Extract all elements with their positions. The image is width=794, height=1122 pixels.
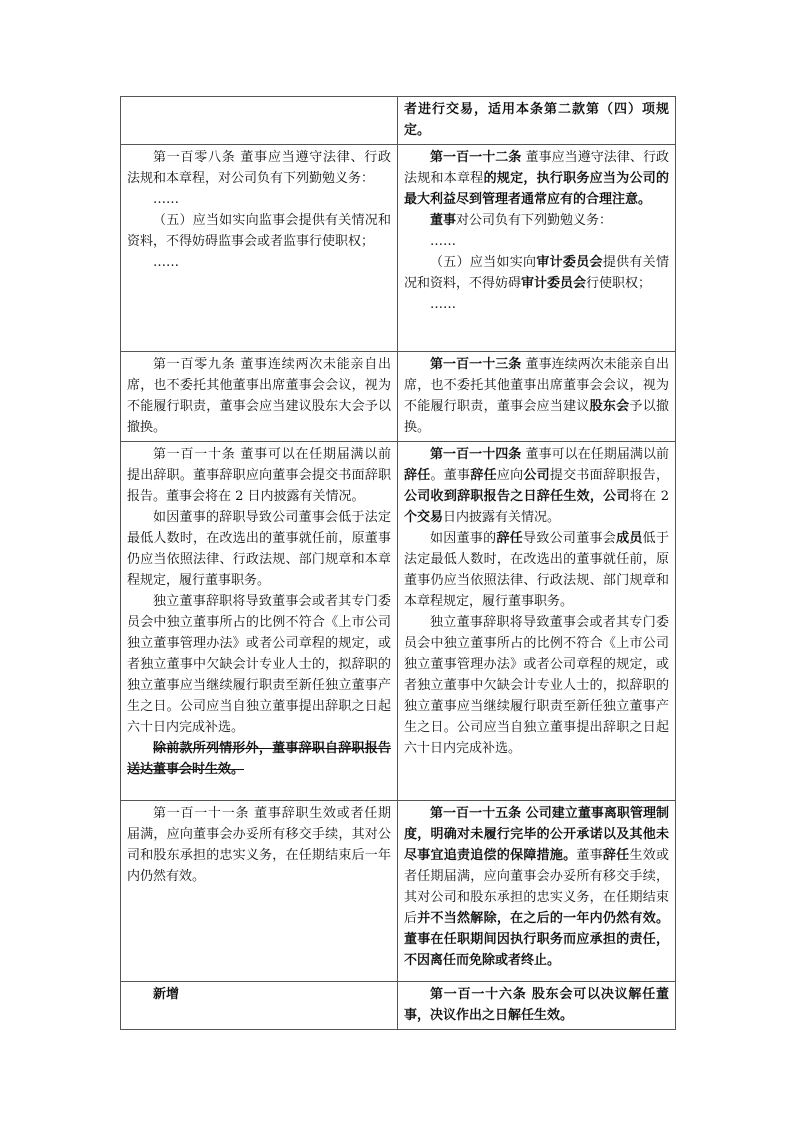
clause-paragraph: 独立董事辞职将导致董事会或者其专门委员会中独立董事所占的比例不符合《上市公司独立… [127, 591, 391, 738]
clause-text: …… [430, 297, 456, 312]
clause-text: 日内披露有关情况。 [443, 510, 560, 525]
clause-paragraph: 者进行交易，适用本条第二款第（四）项规定。 [404, 99, 669, 141]
amended-clause-cell: 第一百一十六条 股东会可以决议解任董事，决议作出之日解任生效。 [398, 982, 676, 1030]
clause-text: 如因董事的辞职导致公司董事会低于法定最低人数时，在改选出的董事就任前，原董事仍应… [127, 510, 391, 588]
amended-text: 第一百一十三条 [430, 357, 521, 372]
amended-text: 成员 [616, 531, 643, 546]
clause-paragraph: 第一百零八条 董事应当遵守法律、行政法规和本章程，对公司负有下列勤勉义务： [127, 147, 391, 189]
amended-text: 并不当然解除，在之后的 [417, 911, 563, 926]
clause-paragraph: 如因董事的辞任导致公司董事会成员低于法定最低人数时，在改选出的董事就任前，原董事… [404, 528, 669, 612]
clause-paragraph: 第一百一十四条 董事可以在任期届满以前辞任。董事辞任应向公司提交书面辞职报告，公… [404, 444, 669, 528]
table-row: 者进行交易，适用本条第二款第（四）项规定。 [121, 97, 676, 145]
amended-text: 个交易 [404, 510, 443, 525]
amended-clause-cell: 第一百一十二条 董事应当遵守法律、行政法规和本章程的规定，执行职务应当为公司的最… [398, 145, 676, 352]
amended-text: 审计委员会 [536, 255, 602, 270]
amended-text: 第一百一十四条 [430, 447, 521, 462]
clause-paragraph: 第一百一十二条 董事应当遵守法律、行政法规和本章程的规定，执行职务应当为公司的最… [404, 147, 669, 210]
original-clause-cell: 第一百一十一条 董事辞职生效或者任期届满，应向董事会办妥所有移交手续，其对公司和… [121, 801, 398, 982]
original-clause-cell: 第一百零八条 董事应当遵守法律、行政法规和本章程，对公司负有下列勤勉义务：……（… [121, 145, 398, 352]
clause-paragraph: 新增 [127, 984, 391, 1005]
clause-paragraph: 第一百一十三条 董事连续两次未能亲自出席，也不委托其他董事出席董事会会议，视为不… [404, 354, 669, 438]
amended-clause-cell: 第一百一十四条 董事可以在任期届满以前辞任。董事辞任应向公司提交书面辞职报告，公… [398, 442, 676, 801]
table-row: 第一百一十条 董事可以在任期届满以前提出辞职。董事辞职应向董事会提交书面辞职报告… [121, 442, 676, 801]
clause-paragraph: 第一百一十一条 董事辞职生效或者任期届满，应向董事会办妥所有移交手续，其对公司和… [127, 803, 391, 887]
clause-text: （五）应当如实向 [430, 255, 536, 270]
clause-paragraph: 董事对公司负有下列勤勉义务： [404, 210, 669, 231]
clause-text: 行使职权； [586, 276, 651, 291]
clause-text: 应向 [497, 468, 524, 483]
clause-paragraph: 第一百零九条 董事连续两次未能亲自出席，也不委托其他董事出席董事会会议，视为不能… [127, 354, 391, 438]
amended-text: 审计委员会 [521, 276, 586, 291]
amended-text: 辞任 [470, 468, 497, 483]
amended-text: 辞任 [496, 531, 523, 546]
document-page: 者进行交易，适用本条第二款第（四）项规定。第一百零八条 董事应当遵守法律、行政法… [0, 0, 794, 1122]
amended-clause-cell: 第一百一十三条 董事连续两次未能亲自出席，也不委托其他董事出席董事会会议，视为不… [398, 352, 676, 442]
clause-text: 董事可以在任期届满以前 [521, 447, 669, 462]
original-clause-cell: 新增 [121, 982, 398, 1030]
clause-text: 如因董事的 [430, 531, 496, 546]
clause-paragraph: 除前款所列情形外，董事辞职自辞职报告送达董事会时生效。 [127, 738, 391, 780]
clause-paragraph: （五）应当如实向审计委员会提供有关情况和资料，不得妨碍审计委员会行使职权； [404, 252, 669, 294]
amended-clause-cell: 第一百一十五条 公司建立董事离职管理制度，明确对未履行完毕的公开承诺以及其他未尽… [398, 801, 676, 982]
amended-text: 股东会 [590, 399, 630, 414]
amended-text: 公司收到辞职报告之日辞任生效，公司 [404, 489, 630, 504]
clause-paragraph: 第一百一十五条 公司建立董事离职管理制度，明确对未履行完毕的公开承诺以及其他未尽… [404, 803, 669, 971]
clause-text: …… [153, 255, 179, 270]
clause-text: （五）应当如实向监事会提供有关情况和资料，不得妨碍监事会或者监事行使职权； [127, 213, 391, 249]
clause-text: 独立董事辞职将导致董事会或者其专门委员会中独立董事所占的比例不符合《上市公司独立… [404, 615, 669, 756]
amendment-comparison-table: 者进行交易，适用本条第二款第（四）项规定。第一百零八条 董事应当遵守法律、行政法… [120, 96, 676, 1030]
amended-text: 新增 [153, 987, 179, 1002]
clause-paragraph: （五）应当如实向监事会提供有关情况和资料，不得妨碍监事会或者监事行使职权； [127, 210, 391, 252]
clause-text: 提交书面辞职报告， [550, 468, 669, 483]
amended-text: 辞任 [603, 848, 630, 863]
amended-text: 辞任 [404, 468, 431, 483]
table-row: 第一百一十一条 董事辞职生效或者任期届满，应向董事会办妥所有移交手续，其对公司和… [121, 801, 676, 982]
clause-text: 第一百一十条 董事可以在任期届满以前提出辞职。董事辞职应向董事会提交书面辞职报告… [127, 447, 391, 504]
table-row: 第一百零九条 董事连续两次未能亲自出席，也不委托其他董事出席董事会会议，视为不能… [121, 352, 676, 442]
amended-clause-cell: 者进行交易，适用本条第二款第（四）项规定。 [398, 97, 676, 145]
clause-text: 。董事 [431, 468, 471, 483]
clause-paragraph: 第一百一十六条 股东会可以决议解任董事，决议作出之日解任生效。 [404, 984, 669, 1026]
amended-text: 公司 [523, 468, 550, 483]
table-row: 第一百零八条 董事应当遵守法律、行政法规和本章程，对公司负有下列勤勉义务：……（… [121, 145, 676, 352]
clause-text: …… [153, 192, 179, 207]
clause-paragraph: …… [404, 294, 669, 315]
clause-text: 董事 [576, 848, 603, 863]
clause-text: 第一百一十一条 董事辞职生效或者任期届满，应向董事会办妥所有移交手续，其对公司和… [127, 806, 391, 884]
clause-text: 导致公司董事会 [523, 531, 616, 546]
clause-paragraph: …… [404, 231, 669, 252]
original-clause-cell: 第一百零九条 董事连续两次未能亲自出席，也不委托其他董事出席董事会会议，视为不能… [121, 352, 398, 442]
clause-text: 第一百零九条 董事连续两次未能亲自出席，也不委托其他董事出席董事会会议，视为不能… [127, 357, 391, 435]
original-clause-cell [121, 97, 398, 145]
clause-text: …… [430, 234, 456, 249]
clause-paragraph: 独立董事辞职将导致董事会或者其专门委员会中独立董事所占的比例不符合《上市公司独立… [404, 612, 669, 759]
clause-paragraph: …… [127, 189, 391, 210]
clause-paragraph: 第一百一十条 董事可以在任期届满以前提出辞职。董事辞职应向董事会提交书面辞职报告… [127, 444, 391, 507]
amended-text: 第一百一十二条 [430, 150, 521, 165]
amended-text: 者进行交易，适用本条第二款第（四）项规定。 [404, 102, 669, 138]
clause-paragraph: …… [127, 252, 391, 273]
table-row: 新增第一百一十六条 股东会可以决议解任董事，决议作出之日解任生效。 [121, 982, 676, 1030]
clause-text: 独立董事辞职将导致董事会或者其专门委员会中独立董事所占的比例不符合《上市公司独立… [127, 594, 391, 735]
clause-text: 将在 2 [630, 489, 669, 504]
clause-text: 第一百零八条 董事应当遵守法律、行政法规和本章程，对公司负有下列勤勉义务： [127, 150, 391, 186]
clause-text: 对公司负有下列勤勉义务： [456, 213, 612, 228]
amended-text: 董事 [430, 213, 456, 228]
clause-paragraph: 如因董事的辞职导致公司董事会低于法定最低人数时，在改选出的董事就任前，原董事仍应… [127, 507, 391, 591]
original-clause-cell: 第一百一十条 董事可以在任期届满以前提出辞职。董事辞职应向董事会提交书面辞职报告… [121, 442, 398, 801]
amended-text: 第一百一十六条 股东会可以决议解任董事，决议作出之日解任生效。 [404, 987, 669, 1023]
deleted-text: 除前款所列情形外，董事辞职自辞职报告送达董事会时生效。 [127, 741, 391, 777]
